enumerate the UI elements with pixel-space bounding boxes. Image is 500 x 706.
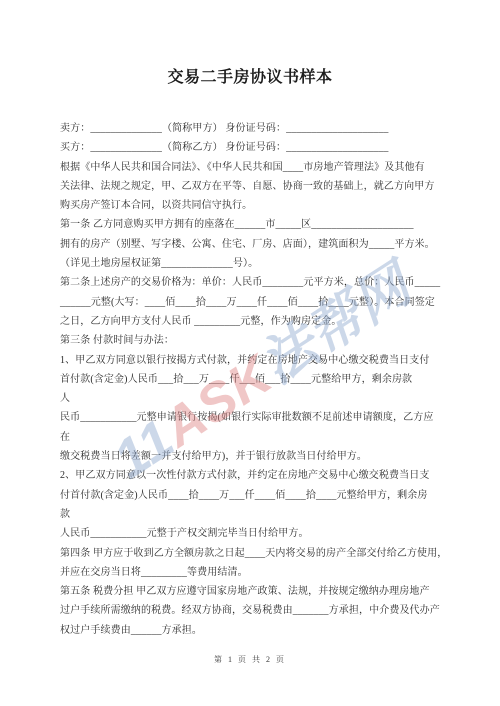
- document-line: 付首付款(含定金)人民币____拾____万___仟____佰____拾____…: [60, 486, 442, 505]
- document-line: 在: [60, 428, 442, 447]
- document-line: 2、甲乙双方同意以一次性付款方式付款，并约定在房地产交易中心缴交税费当日支: [60, 466, 442, 485]
- document-line: 1、甲乙双方同意以银行按揭方式付款，并约定在房地产交易中心缴交税费当日支付: [60, 351, 442, 370]
- document-line: 并应在交房当日将_________等费用结清。: [60, 563, 442, 582]
- document-line: 第三条 付款时间与办法：: [60, 331, 442, 350]
- document-line: 首付款(含定金)人民币___拾___万____仟___佰___拾____元整给甲…: [60, 370, 442, 389]
- document-line: 过户手续所需缴纳的税费。经双方协商，交易税费由_______方承担，中介费及代办…: [60, 601, 442, 620]
- document-line: ______元整(大写：____佰____拾____万____仟____佰___…: [60, 293, 442, 312]
- document-line: 购买房产签订本合同，以资共同信守执行。: [60, 196, 442, 215]
- document-line: 第四条 甲方应于收到乙方全额房款之日起____天内将交易的房产全部交付给乙方使用…: [60, 544, 442, 563]
- document-line: 卖方：______________（简称甲方） 身份证号码：__________…: [60, 119, 442, 138]
- document-page: 11ASK法帮网 交易二手房协议书样本 卖方：______________（简称…: [0, 0, 500, 706]
- page-number-footer: 第 1 页 共 2 页: [0, 654, 500, 665]
- document-line: 之日，乙方向甲方支付人民币 _________元整，作为购房定金。: [60, 312, 442, 331]
- document-line: 人民币___________元整于产权交割完毕当日付给甲方。: [60, 524, 442, 543]
- document-line: 人: [60, 389, 442, 408]
- document-body: 卖方：______________（简称甲方） 身份证号码：__________…: [0, 119, 500, 640]
- document-line: 拥有的房产（别墅、写字楼、公寓、住宅、厂房、店面），建筑面积为_____平方米。: [60, 235, 442, 254]
- document-title: 交易二手房协议书样本: [0, 0, 500, 87]
- document-line: 民币___________元整申请银行按揭(如银行实际审批数额不足前述申请额度，…: [60, 408, 442, 427]
- document-line: （详见土地房屋权证第______________号）。: [60, 254, 442, 273]
- document-line: 权过户手续费由______方承担。: [60, 621, 442, 640]
- document-line: 缴交税费当日将差额一并支付给甲方)，并于银行放款当日付给甲方。: [60, 447, 442, 466]
- document-line: 根据《中华人民共和国合同法》、《中华人民共和国____市房地产管理法》及其他有: [60, 158, 442, 177]
- document-line: 第五条 税费分担 甲乙双方应遵守国家房地产政策、法规，并按规定缴纳办理房地产: [60, 582, 442, 601]
- document-line: 第一条 乙方同意购买甲方拥有的座落在______市_____区_________…: [60, 215, 442, 234]
- document-line: 买方：______________（简称乙方） 身份证号码：__________…: [60, 138, 442, 157]
- document-line: 关法律、法规之规定，甲、乙双方在平等、自愿、协商一致的基础上，就乙方向甲方: [60, 177, 442, 196]
- document-line: 第二条上述房产的交易价格为：单价：人民币________元平方米，总价：人民币_…: [60, 273, 442, 292]
- document-line: 款: [60, 505, 442, 524]
